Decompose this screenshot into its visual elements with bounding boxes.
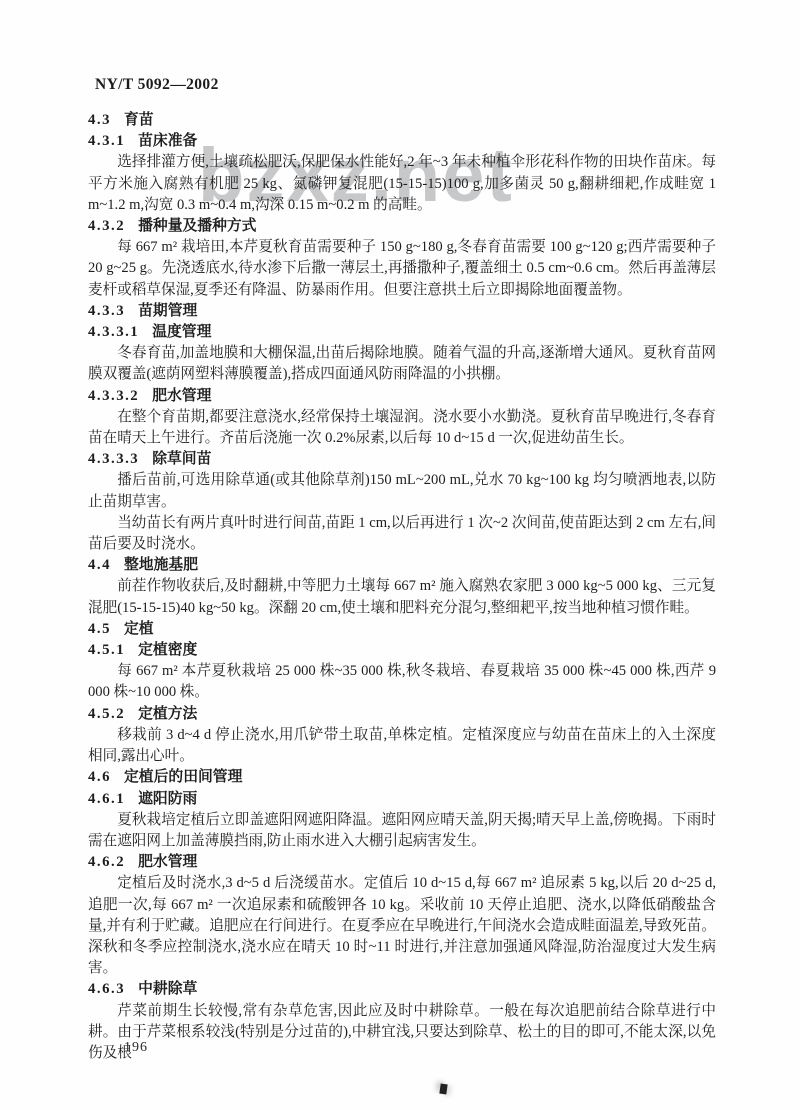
heading-number: 4.5.1 xyxy=(88,642,125,658)
heading-number: 4.5 xyxy=(88,621,111,637)
heading-number: 4.6.1 xyxy=(88,791,125,807)
heading-title: 整地施基肥 xyxy=(124,557,198,573)
heading-title: 肥水管理 xyxy=(152,388,211,404)
heading-title: 遮阳防雨 xyxy=(138,791,197,807)
section-heading-4-3-3: 4.3.3苗期管理 xyxy=(88,301,716,322)
section-heading-4-3: 4.3育苗 xyxy=(88,110,716,131)
section-heading-4-3-1: 4.3.1苗床准备 xyxy=(88,131,716,152)
paragraph-shading-rain-protection: 夏秋栽培定植后立即盖遮阳网遮阳降温。遮阳网应晴天盖,阴天揭;晴天早上盖,傍晚揭。… xyxy=(88,810,716,852)
heading-title: 定植方法 xyxy=(138,706,197,722)
heading-number: 4.3.1 xyxy=(88,133,125,149)
heading-number: 4.4 xyxy=(88,557,111,573)
page-number: 196 xyxy=(124,1040,148,1056)
paragraph-field-water-fertilizer: 定植后及时浇水,3 d~5 d 后浇缓苗水。定值后 10 d~15 d,每 66… xyxy=(88,873,716,979)
paragraph-weeding-herbicide: 播后苗前,可选用除草通(或其他除草剂)150 mL~200 mL,兑水 70 k… xyxy=(88,470,716,512)
heading-title: 定植 xyxy=(124,621,154,637)
section-heading-4-3-2: 4.3.2播种量及播种方式 xyxy=(88,216,716,237)
heading-title: 温度管理 xyxy=(152,324,211,340)
section-heading-4-6-2: 4.6.2肥水管理 xyxy=(88,852,716,873)
paragraph-planting-density: 每 667 m² 本芹夏秋栽培 25 000 株~35 000 株,秋冬栽培、春… xyxy=(88,661,716,703)
heading-number: 4.5.2 xyxy=(88,706,125,722)
paragraph-intertillage-weeding: 芹菜前期生长较慢,常有杂草危害,因此应及时中耕除草。一般在每次追肥前结合除草进行… xyxy=(88,1001,716,1065)
heading-number: 4.6.2 xyxy=(88,854,125,870)
heading-number: 4.3 xyxy=(88,112,111,128)
heading-title: 除草间苗 xyxy=(152,451,211,467)
paragraph-temperature-management: 冬春育苗,加盖地膜和大棚保温,出苗后揭除地膜。随着气温的升高,逐渐增大通风。夏秋… xyxy=(88,343,716,385)
section-heading-4-5-2: 4.5.2定植方法 xyxy=(88,704,716,725)
standard-number-header: NY/T 5092—2002 xyxy=(95,76,219,94)
paragraph-planting-method: 移栽前 3 d~4 d 停止浇水,用爪铲带土取苗,单株定植。定植深度应与幼苗在苗… xyxy=(88,725,716,767)
paragraph-base-fertilizer: 前茬作物收获后,及时翻耕,中等肥力土壤每 667 m² 施入腐熟农家肥 3 00… xyxy=(88,576,716,618)
section-heading-4-5-1: 4.5.1定植密度 xyxy=(88,640,716,661)
paragraph-thinning-seedlings: 当幼苗长有两片真叶时进行间苗,苗距 1 cm,以后再进行 1 次~2 次间苗,使… xyxy=(88,513,716,555)
document-body: 4.3育苗 4.3.1苗床准备 选择排灌方便,土壤疏松肥沃,保肥保水性能好,2 … xyxy=(88,110,716,1064)
scan-artifact-speck xyxy=(439,1084,447,1095)
heading-title: 中耕除草 xyxy=(138,981,197,997)
heading-title: 定植后的田间管理 xyxy=(124,769,242,785)
heading-title: 苗床准备 xyxy=(138,133,197,149)
heading-number: 4.6.3 xyxy=(88,981,125,997)
section-heading-4-4: 4.4整地施基肥 xyxy=(88,555,716,576)
heading-title: 育苗 xyxy=(124,112,154,128)
heading-title: 定植密度 xyxy=(138,642,197,658)
heading-number: 4.3.3.1 xyxy=(88,324,139,340)
section-heading-4-6-3: 4.6.3中耕除草 xyxy=(88,979,716,1000)
heading-number: 4.3.3 xyxy=(88,303,125,319)
section-heading-4-6: 4.6定植后的田间管理 xyxy=(88,767,716,788)
document-page: { "document": { "standard_number": "NY/T… xyxy=(0,0,800,1110)
section-heading-4-5: 4.5定植 xyxy=(88,619,716,640)
section-heading-4-3-3-2: 4.3.3.2肥水管理 xyxy=(88,386,716,407)
heading-number: 4.3.3.2 xyxy=(88,388,139,404)
section-heading-4-3-3-1: 4.3.3.1温度管理 xyxy=(88,322,716,343)
section-heading-4-6-1: 4.6.1遮阳防雨 xyxy=(88,789,716,810)
heading-number: 4.6 xyxy=(88,769,111,785)
heading-title: 播种量及播种方式 xyxy=(138,218,256,234)
heading-title: 苗期管理 xyxy=(138,303,197,319)
paragraph-sowing-amount: 每 667 m² 栽培田,本芹夏秋育苗需要种子 150 g~180 g,冬春育苗… xyxy=(88,237,716,301)
paragraph-seedbed-preparation: 选择排灌方便,土壤疏松肥沃,保肥保水性能好,2 年~3 年未种植伞形花科作物的田… xyxy=(88,152,716,216)
section-heading-4-3-3-3: 4.3.3.3除草间苗 xyxy=(88,449,716,470)
heading-number: 4.3.2 xyxy=(88,218,125,234)
paragraph-seedling-water-fertilizer: 在整个育苗期,都要注意浇水,经常保持土壤湿润。浇水要小水勤浇。夏秋育苗早晚进行,… xyxy=(88,407,716,449)
heading-number: 4.3.3.3 xyxy=(88,451,139,467)
heading-title: 肥水管理 xyxy=(138,854,197,870)
